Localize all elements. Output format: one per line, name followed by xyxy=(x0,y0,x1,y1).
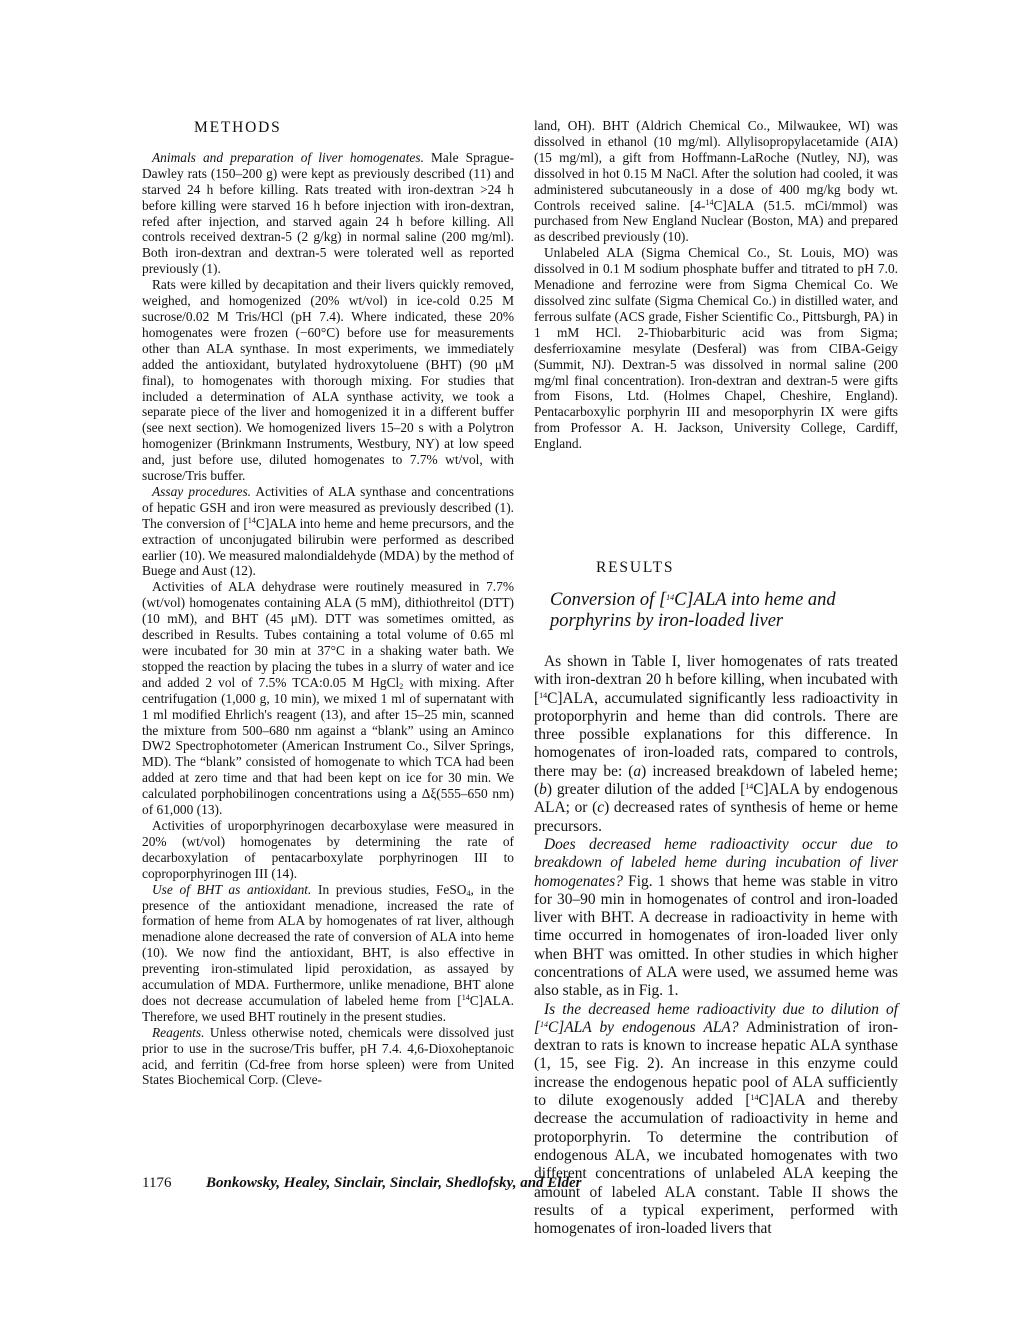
running-footer-authors: Bonkowsky, Healey, Sinclair, Sinclair, S… xyxy=(206,1175,581,1191)
reagents-paragraph-part2: land, OH). BHT (Aldrich Chemical Co., Mi… xyxy=(534,118,898,245)
right-column: land, OH). BHT (Aldrich Chemical Co., Mi… xyxy=(534,118,898,1238)
results-subheading: Conversion of [14C]ALA into heme and por… xyxy=(550,590,898,632)
reagents-paragraph-part1: Reagents. Unless otherwise noted, chemic… xyxy=(142,1025,514,1089)
bht-paragraph: Use of BHT as antioxidant. In previous s… xyxy=(142,882,514,1025)
results-intro-paragraph: As shown in Table I, liver homogenates o… xyxy=(534,653,898,836)
decarboxylase-paragraph: Activities of uroporphyrinogen decarboxy… xyxy=(142,818,514,882)
animals-paragraph: Animals and preparation of liver homogen… xyxy=(142,150,514,277)
results-section: RESULTS Conversion of [14C]ALA into heme… xyxy=(534,560,898,1238)
ala-dehydrase-paragraph: Activities of ALA dehydrase were routine… xyxy=(142,579,514,818)
dilution-paragraph: Is the decreased heme radioactivity due … xyxy=(534,1001,898,1239)
unlabeled-ala-paragraph: Unlabeled ALA (Sigma Chemical Co., St. L… xyxy=(534,245,898,452)
reagents-runin-title: Reagents. xyxy=(152,1025,204,1040)
left-column: METHODS Animals and preparation of liver… xyxy=(142,118,514,1088)
bht-runin-title: Use of BHT as antioxidant. xyxy=(152,882,311,897)
results-body: As shown in Table I, liver homogenates o… xyxy=(534,653,898,1239)
heme-breakdown-paragraph: Does decreased heme radioactivity occur … xyxy=(534,836,898,1001)
page-number: 1176 xyxy=(142,1175,202,1192)
assay-runin-title: Assay procedures. xyxy=(152,484,251,499)
animals-runin-title: Animals and preparation of liver homogen… xyxy=(152,150,424,165)
assay-paragraph: Assay procedures. Activities of ALA synt… xyxy=(142,484,514,579)
methods-heading: METHODS xyxy=(194,120,514,136)
homogenization-paragraph: Rats were killed by decapitation and the… xyxy=(142,277,514,484)
results-heading: RESULTS xyxy=(596,560,898,576)
page-footer: 1176Bonkowsky, Healey, Sinclair, Sinclai… xyxy=(142,1175,581,1192)
